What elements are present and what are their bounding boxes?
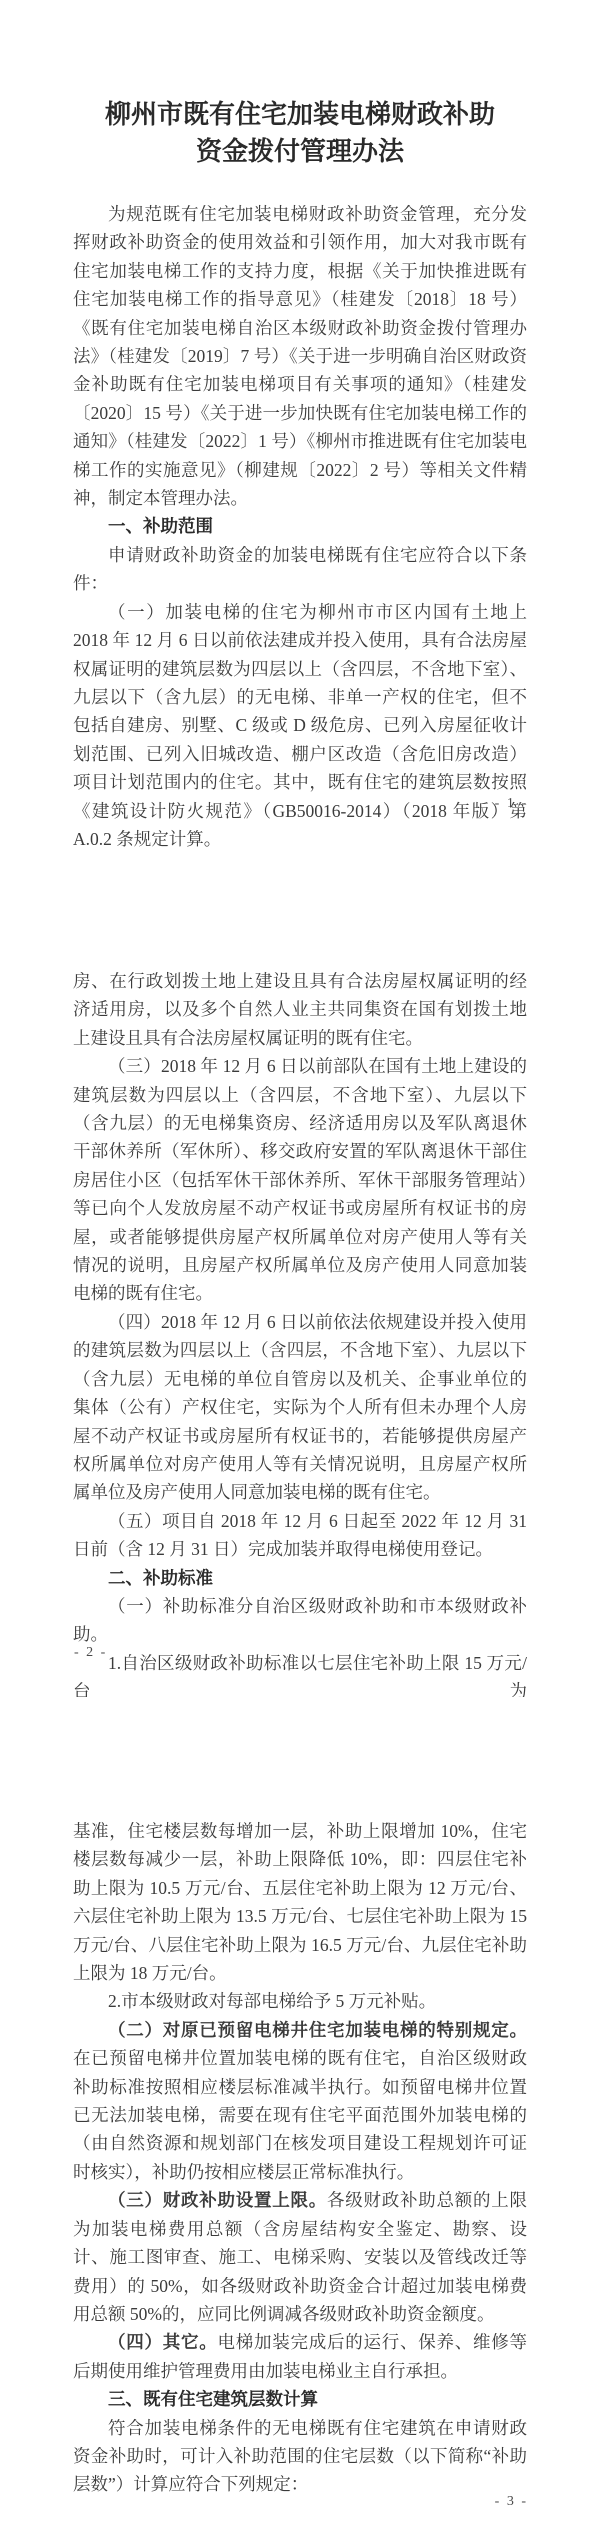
standard-item-3: （三）财政补助设置上限。各级财政补助总额的上限为加装电梯费用总额（含房屋结构安全… <box>73 2186 527 2328</box>
standard-item-1: （一）补助标准分自治区级财政补助和市本级财政补助。 <box>73 1592 527 1649</box>
page-2-content: 房、在行政划拨土地上建设且具有合法房屋权属证明的经济适用房，以及多个自然人业主共… <box>0 848 600 1697</box>
page-3-content: 基准，住宅楼层数每增加一层，补助上限增加 10%，住宅楼层数每减少一层，补助上限… <box>0 1697 600 2499</box>
intro-paragraph: 为规范既有住宅加装电梯财政补助资金管理，充分发挥财政补助资金的使用效益和引领作用… <box>73 200 527 512</box>
document-title-line-2: 资金拨付管理办法 <box>196 136 404 166</box>
section-heading-standard: 二、补助标准 <box>73 1564 527 1592</box>
standard-item-1-sub1-continued: 基准，住宅楼层数每增加一层，补助上限增加 10%，住宅楼层数每减少一层，补助上限… <box>73 1817 527 1987</box>
standard-item-2-rest: 在已预留电梯井位置加装电梯的既有住宅，自治区级财政补助标准按照相应楼层标准减半执… <box>73 2048 527 2182</box>
scope-item-5: （五）项目自 2018 年 12 月 6 日起至 2022 年 12 月 31 … <box>73 1507 527 1564</box>
standard-item-1-sub1-partial: 1.自治区级财政补助标准以七层住宅补助上限 15 万元/台为 <box>73 1649 527 1697</box>
standard-item-4-lead: （四）其它。 <box>108 2332 218 2352</box>
floor-calc-paragraph: 符合加装电梯条件的无电梯既有住宅建筑在申请财政资金补助时，可计入补助范围的住宅层… <box>73 2414 527 2499</box>
standard-item-2: （二）对原已预留电梯井住宅加装电梯的特别规定。在已预留电梯井位置加装电梯的既有住… <box>73 2016 527 2186</box>
standard-item-3-lead: （三）财政补助设置上限。 <box>108 2190 327 2210</box>
page-1-content: 柳州市既有住宅加装电梯财政补助 资金拨付管理办法 为规范既有住宅加装电梯财政补助… <box>0 0 600 848</box>
page-number-1: - 1 - <box>495 796 528 812</box>
document-page-1: 柳州市既有住宅加装电梯财政补助 资金拨付管理办法 为规范既有住宅加装电梯财政补助… <box>0 0 600 848</box>
standard-item-2-lead: （二）对原已预留电梯井住宅加装电梯的特别规定。 <box>108 2020 527 2040</box>
document-page-2: 房、在行政划拨土地上建设且具有合法房屋权属证明的经济适用房，以及多个自然人业主共… <box>0 848 600 1697</box>
document-title: 柳州市既有住宅加装电梯财政补助 资金拨付管理办法 <box>73 96 527 170</box>
standard-item-3-rest: 各级财政补助总额的上限为加装电梯费用总额（含房屋结构安全鉴定、勘察、设计、施工图… <box>73 2190 527 2324</box>
conditions-paragraph: 申请财政补助资金的加装电梯既有住宅应符合以下条件： <box>73 541 527 598</box>
page-number-2: - 2 - <box>74 1645 107 1661</box>
section-heading-floors: 三、既有住宅建筑层数计算 <box>73 2385 527 2413</box>
page-number-3: - 3 - <box>495 2494 528 2510</box>
scope-item-1: （一）加装电梯的住宅为柳州市市区内国有土地上 2018 年 12 月 6 日以前… <box>73 598 527 848</box>
document-page-3: 基准，住宅楼层数每增加一层，补助上限增加 10%，住宅楼层数每减少一层，补助上限… <box>0 1697 600 2546</box>
standard-item-4: （四）其它。电梯加装完成后的运行、保养、维修等后期使用维护管理费用由加装电梯业主… <box>73 2328 527 2385</box>
scope-item-3: （三）2018 年 12 月 6 日以前部队在国有土地上建设的建筑层数为四层以上… <box>73 1052 527 1308</box>
scope-item-4: （四）2018 年 12 月 6 日以前依法依规建设并投入使用的建筑层数为四层以… <box>73 1308 527 1507</box>
document-title-line-1: 柳州市既有住宅加装电梯财政补助 <box>105 99 495 129</box>
standard-item-1-sub2: 2.市本级财政对每部电梯给予 5 万元补贴。 <box>73 1987 527 2015</box>
scope-item-2-continued: 房、在行政划拨土地上建设且具有合法房屋权属证明的经济适用房，以及多个自然人业主共… <box>73 967 527 1052</box>
section-heading-scope: 一、补助范围 <box>73 512 527 540</box>
document: 柳州市既有住宅加装电梯财政补助 资金拨付管理办法 为规范既有住宅加装电梯财政补助… <box>0 0 600 2546</box>
